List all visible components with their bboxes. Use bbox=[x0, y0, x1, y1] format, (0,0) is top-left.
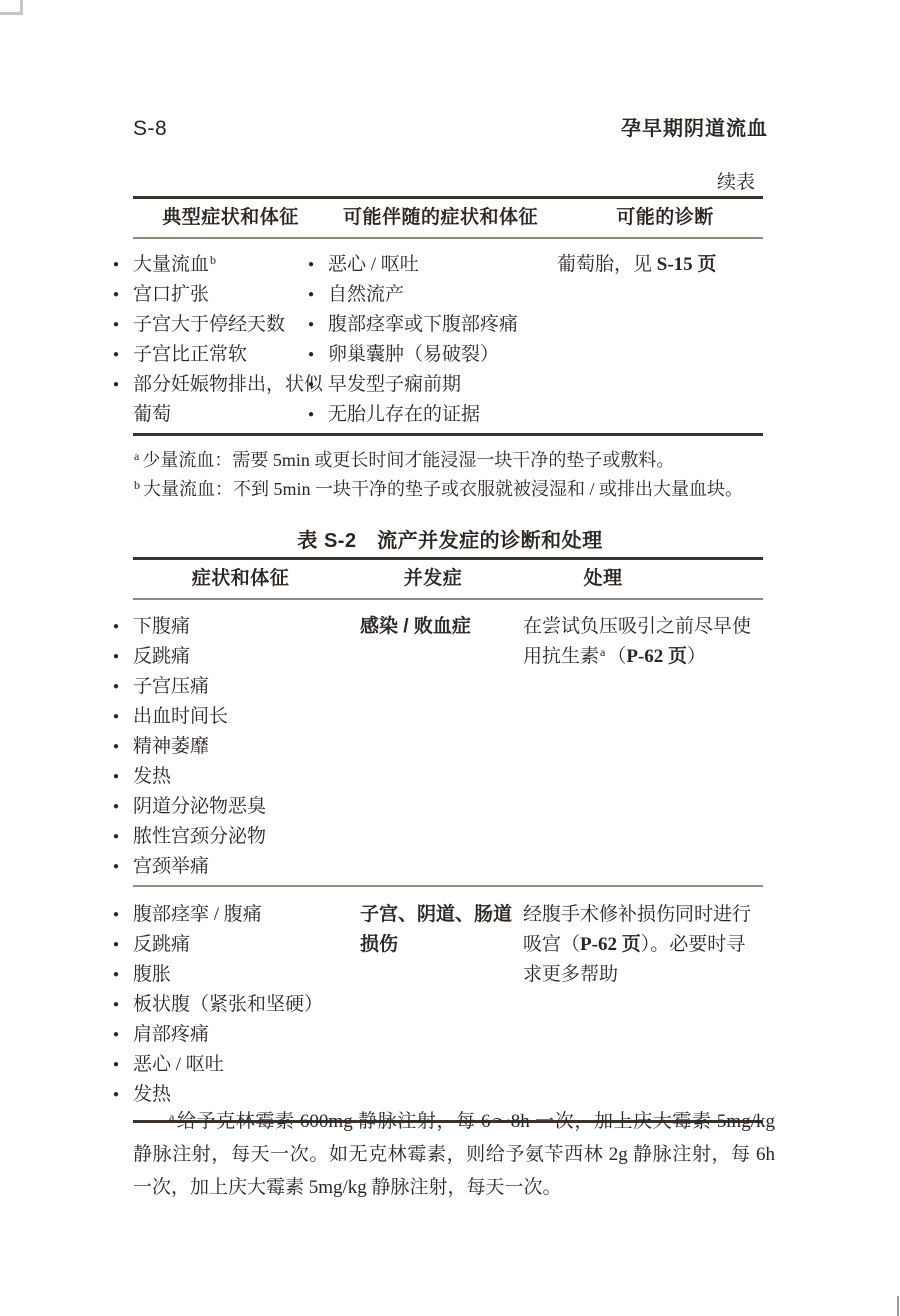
table-body-row: 大量流血b 宫口扩张 子宫大于停经天数 子宫比正常软 部分妊娠物排出，状似葡萄 … bbox=[133, 239, 763, 436]
associated-symptoms-list: 恶心 / 呕吐 自然流产 腹部痉挛或下腹部疼痛 卵巢囊肿（易破裂） 早发型子痫前… bbox=[328, 250, 553, 430]
symptom-item: 早发型子痫前期 bbox=[328, 370, 553, 400]
column-header-complication: 并发症 bbox=[348, 560, 518, 598]
symptom-item: 子宫压痛 bbox=[133, 672, 348, 702]
page-number: S-8 bbox=[133, 117, 167, 141]
column-header-probable-diagnosis: 可能的诊断 bbox=[553, 199, 763, 237]
table-footnotes: a少量流血：需要 5min 或更长时间才能浸湿一块干净的垫子或敷料。 b大量流血… bbox=[133, 446, 775, 504]
symptom-item: 腹胀 bbox=[133, 960, 348, 990]
symptom-item: 无胎儿存在的证据 bbox=[328, 400, 553, 430]
symptom-item: 板状腹（紧张和坚硬） bbox=[133, 990, 348, 1020]
page-reference: P-62 页 bbox=[580, 934, 641, 955]
scan-artifact-top-left bbox=[0, 0, 23, 15]
scan-artifact-bottom-right bbox=[897, 1296, 899, 1316]
complication-cell: 子宫、阴道、肠道损伤 bbox=[348, 900, 518, 1110]
typical-symptoms-list: 大量流血b 宫口扩张 子宫大于停经天数 子宫比正常软 部分妊娠物排出，状似葡萄 bbox=[133, 250, 328, 430]
symptoms-list: 腹部痉挛 / 腹痛 反跳痛 腹胀 板状腹（紧张和坚硬） 肩部疼痛 恶心 / 呕吐… bbox=[133, 900, 348, 1110]
table-s2-title: 表 S-2 流产并发症的诊断和处理 bbox=[0, 524, 900, 553]
symptom-item: 卵巢囊肿（易破裂） bbox=[328, 340, 553, 370]
running-title: 孕早期阴道流血 bbox=[621, 112, 768, 141]
symptom-item: 大量流血b bbox=[133, 250, 328, 280]
symptom-item: 宫口扩张 bbox=[133, 280, 328, 310]
symptoms-list: 下腹痛 反跳痛 子宫压痛 出血时间长 精神萎靡 发热 阴道分泌物恶臭 脓性宫颈分… bbox=[133, 612, 348, 882]
page-header: S-8 孕早期阴道流血 bbox=[133, 112, 768, 141]
symptom-item: 脓性宫颈分泌物 bbox=[133, 822, 348, 852]
page-reference: P-62 页 bbox=[626, 646, 687, 667]
footnote-ref-b: b bbox=[210, 253, 216, 267]
column-header-associated-symptoms: 可能伴随的症状和体征 bbox=[328, 199, 553, 237]
symptom-item: 阴道分泌物恶臭 bbox=[133, 792, 348, 822]
symptom-item: 出血时间长 bbox=[133, 702, 348, 732]
column-header-typical-symptoms: 典型症状和体征 bbox=[133, 199, 328, 237]
symptom-item: 子宫大于停经天数 bbox=[133, 310, 328, 340]
table-row-injury: 腹部痉挛 / 腹痛 反跳痛 腹胀 板状腹（紧张和坚硬） 肩部疼痛 恶心 / 呕吐… bbox=[133, 887, 763, 1123]
symptom-item: 肩部疼痛 bbox=[133, 1020, 348, 1050]
symptom-item: 部分妊娠物排出，状似葡萄 bbox=[133, 370, 328, 430]
symptom-item: 精神萎靡 bbox=[133, 732, 348, 762]
table-header-row: 典型症状和体征 可能伴随的症状和体征 可能的诊断 bbox=[133, 199, 763, 239]
symptoms-diagnosis-table: 典型症状和体征 可能伴随的症状和体征 可能的诊断 大量流血b 宫口扩张 子宫大于… bbox=[133, 196, 763, 436]
column-header-symptoms: 症状和体征 bbox=[133, 560, 348, 598]
footnote-b: b大量流血：不到 5min 一块干净的垫子或衣服就被浸湿和 / 或排出大量血块。 bbox=[133, 475, 775, 504]
symptom-item: 下腹痛 bbox=[133, 612, 348, 642]
management-cell: 在尝试负压吸引之前尽早使用抗生素a（P-62 页） bbox=[518, 612, 763, 882]
page-reference: S-15 页 bbox=[657, 254, 717, 275]
symptom-item: 宫颈举痛 bbox=[133, 852, 348, 882]
management-text: （ bbox=[607, 646, 626, 667]
symptom-text: 大量流血 bbox=[133, 254, 209, 275]
symptom-item: 自然流产 bbox=[328, 280, 553, 310]
antibiotic-regimen-footnote: a给予克林霉素 600mg 静脉注射，每 6～8h 一次，加上庆大霉素 5mg/… bbox=[133, 1105, 775, 1204]
footnote-marker: a bbox=[169, 1110, 174, 1124]
footnote-text: 大量流血：不到 5min 一块干净的垫子或衣服就被浸湿和 / 或排出大量血块。 bbox=[143, 479, 743, 499]
footnote-marker: b bbox=[134, 478, 140, 492]
symptom-item: 反跳痛 bbox=[133, 642, 348, 672]
symptom-item: 腹部痉挛 / 腹痛 bbox=[133, 900, 348, 930]
management-text: ） bbox=[687, 646, 706, 667]
symptom-item: 发热 bbox=[133, 762, 348, 792]
footnote-text: 给予克林霉素 600mg 静脉注射，每 6～8h 一次，加上庆大霉素 5mg/k… bbox=[133, 1111, 775, 1198]
symptom-item: 子宫比正常软 bbox=[133, 340, 328, 370]
diagnosis-cell: 葡萄胎，见 S-15 页 bbox=[553, 250, 763, 430]
symptom-item: 恶心 / 呕吐 bbox=[133, 1050, 348, 1080]
symptom-item: 恶心 / 呕吐 bbox=[328, 250, 553, 280]
diagnosis-text: 葡萄胎，见 bbox=[557, 254, 657, 275]
column-header-management: 处理 bbox=[518, 560, 763, 598]
continued-table-label: 续表 bbox=[133, 167, 755, 194]
complication-cell: 感染 / 败血症 bbox=[348, 612, 518, 882]
footnote-a: a少量流血：需要 5min 或更长时间才能浸湿一块干净的垫子或敷料。 bbox=[133, 446, 775, 475]
table-row-infection: 下腹痛 反跳痛 子宫压痛 出血时间长 精神萎靡 发热 阴道分泌物恶臭 脓性宫颈分… bbox=[133, 600, 763, 887]
symptom-item: 腹部痉挛或下腹部疼痛 bbox=[328, 310, 553, 340]
symptom-item: 反跳痛 bbox=[133, 930, 348, 960]
management-cell: 经腹手术修补损伤同时进行吸宫（P-62 页）。必要时寻求更多帮助 bbox=[518, 900, 763, 1110]
abortion-complications-table: 症状和体征 并发症 处理 下腹痛 反跳痛 子宫压痛 出血时间长 精神萎靡 发热 … bbox=[133, 557, 763, 1123]
footnote-ref-a: a bbox=[600, 645, 605, 659]
footnote-text: 少量流血：需要 5min 或更长时间才能浸湿一块干净的垫子或敷料。 bbox=[142, 450, 674, 470]
book-page: S-8 孕早期阴道流血 续表 典型症状和体征 可能伴随的症状和体征 可能的诊断 … bbox=[0, 0, 900, 1316]
footnote-marker: a bbox=[134, 449, 139, 463]
table-header-row: 症状和体征 并发症 处理 bbox=[133, 560, 763, 600]
